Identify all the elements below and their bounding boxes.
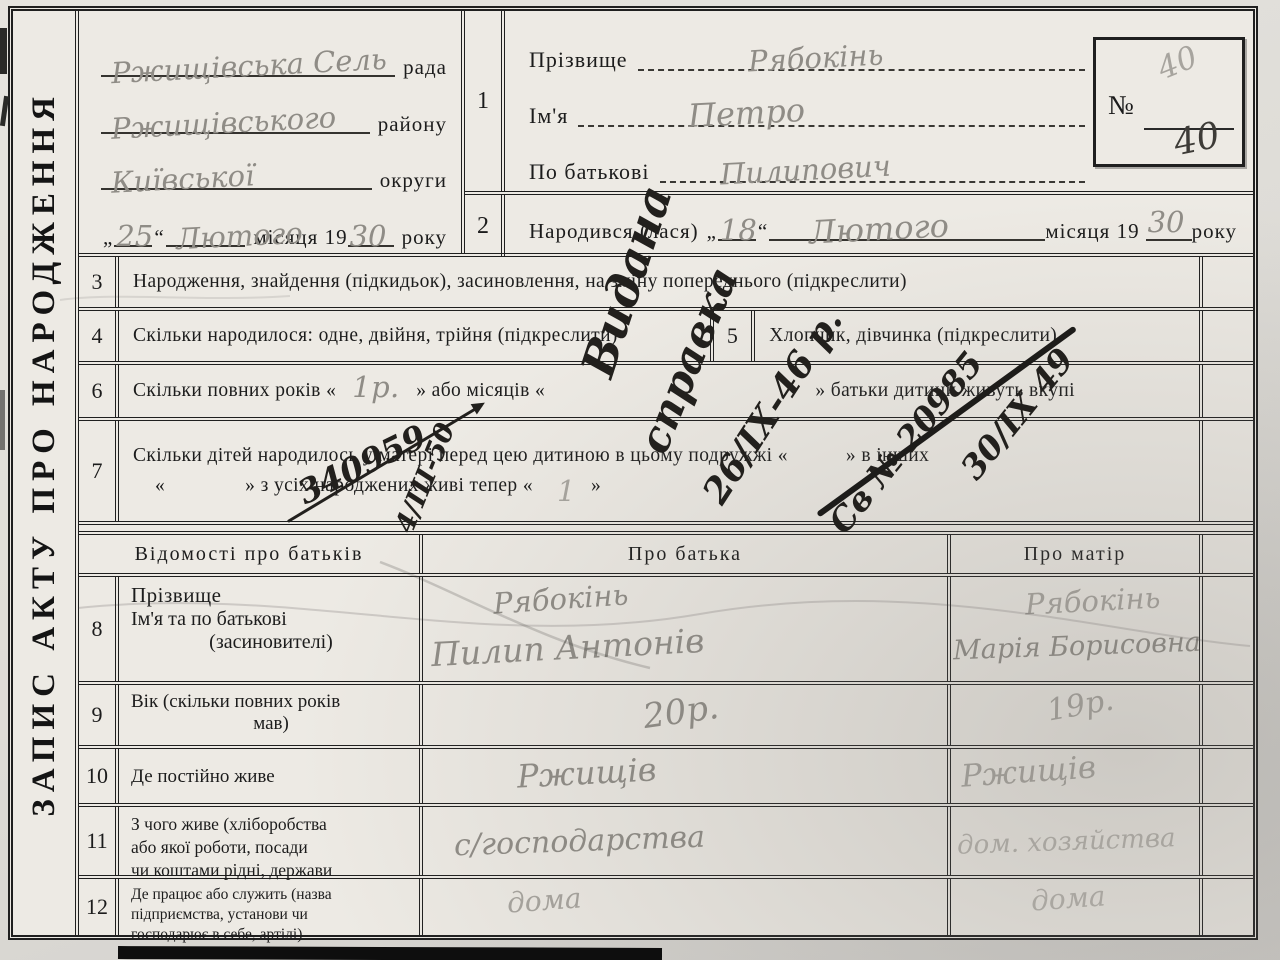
row-8-label-line3: (засиновителі) bbox=[131, 631, 411, 654]
row-12-number: 12 bbox=[79, 879, 119, 935]
month-label: місяця 19 bbox=[1045, 219, 1145, 244]
row-1-number: 1 bbox=[465, 11, 505, 191]
row-7-children-count: 7 Скільки дітей народилось у матері пере… bbox=[79, 421, 1253, 525]
mother-surname-value: Рябокінь bbox=[1024, 583, 1161, 619]
row-11-label-line3: чи коштами рідні, держави bbox=[131, 859, 411, 882]
row-11-label-line2: або якої роботи, посади bbox=[131, 836, 411, 859]
right-margin-cell bbox=[1199, 879, 1253, 935]
reg-month-line: Лютого bbox=[166, 245, 246, 247]
district-label: району bbox=[370, 112, 447, 137]
row-6-together-label: » батьки дитини живуть вкупі bbox=[815, 380, 1185, 402]
row-7-line-2: « » з усіх народжених живі тепер « 1 » bbox=[133, 475, 1185, 497]
row-8-mother-cell: Рябокінь Марія Борисовна bbox=[951, 577, 1199, 681]
birth-day-line: 18 bbox=[718, 239, 756, 241]
mother-livelihood-value: дом. хозяйства bbox=[957, 825, 1176, 859]
year-label: року bbox=[1192, 219, 1243, 244]
number-sign-label: № bbox=[1108, 90, 1134, 121]
row-8-label-line1: Прізвище bbox=[131, 583, 411, 608]
birth-month-line: Лютого bbox=[769, 239, 1045, 241]
father-residence-value: Ржищів bbox=[517, 753, 658, 792]
row-4-how-many-born: 4 Скільки народилося: одне, двійня, трій… bbox=[79, 311, 1253, 365]
name-field: Ім'я Петро bbox=[529, 77, 1085, 127]
birth-record-form: ЗАПИС АКТУ ПРО НАРОДЖЕННЯ Ржищівська Сел… bbox=[8, 6, 1258, 940]
row-3-birth-type: 3 Народження, знайдення (підкидьок), зас… bbox=[79, 257, 1253, 311]
surname-write-line: Рябокінь bbox=[638, 69, 1085, 71]
row-6-body: Скільки повних років « 1р. » або місяців… bbox=[119, 365, 1199, 417]
row-10-label-line1: Де постійно живе bbox=[131, 766, 275, 788]
okruha-label: округи bbox=[372, 168, 447, 193]
name-value: Петро bbox=[688, 94, 806, 132]
right-margin-cell bbox=[1199, 311, 1253, 361]
right-margin-cell bbox=[1199, 807, 1253, 875]
row-10-number: 10 bbox=[79, 749, 119, 803]
row-2-number: 2 bbox=[465, 195, 505, 257]
document-number-box: № 40 40 bbox=[1093, 37, 1245, 167]
patronymic-label: По батькові bbox=[529, 159, 650, 185]
name-write-line: Петро bbox=[578, 125, 1085, 127]
row-11-label: З чого живе (хліборобства або якої робот… bbox=[119, 807, 423, 875]
scan-edge-strip bbox=[118, 946, 662, 960]
birth-year-value: 30 bbox=[1148, 208, 1185, 237]
year-label: року bbox=[394, 225, 447, 250]
patronymic-write-line: Пилипович bbox=[660, 181, 1086, 183]
row-4-number: 4 bbox=[79, 311, 119, 361]
age-years-value: 1р. bbox=[352, 373, 399, 402]
mother-name-value: Марія Борисовна bbox=[953, 629, 1202, 665]
header-parents-info: Відомості про батьків bbox=[79, 535, 423, 573]
row-5-text: Хлопчик, дівчинка (підкреслити) bbox=[755, 325, 1057, 347]
right-margin-cell bbox=[1199, 365, 1253, 417]
row-8-label: Прізвище Ім'я та по батькові (засиновите… bbox=[119, 577, 423, 681]
scan-edge-mark bbox=[0, 28, 7, 74]
father-workplace-value: дома bbox=[506, 884, 582, 917]
okruha-line: Київської округи bbox=[101, 138, 447, 190]
father-surname-value: Рябокінь bbox=[492, 580, 629, 618]
open-quote: „ bbox=[705, 219, 718, 244]
scan-edge-mark bbox=[0, 390, 5, 450]
row-8-number: 8 bbox=[79, 577, 119, 681]
mother-age-value: 19р. bbox=[1045, 685, 1116, 726]
side-title-strip: ЗАПИС АКТУ ПРО НАРОДЖЕННЯ bbox=[13, 11, 79, 935]
right-margin-cell bbox=[1199, 577, 1253, 681]
row-8-parent-names: 8 Прізвище Ім'я та по батькові (засинови… bbox=[79, 577, 1253, 685]
row-9-father-cell: 20р. bbox=[423, 685, 951, 745]
right-margin-cell bbox=[1199, 749, 1253, 803]
row-9-label: Вік (скільки повних років мав) bbox=[119, 685, 423, 745]
reg-day-value: 25 bbox=[116, 222, 153, 251]
doc-number-pencil: 40 bbox=[1154, 42, 1202, 86]
row-10-residence: 10 Де постійно живе Ржищів Ржищів bbox=[79, 749, 1253, 807]
row-7-line1-end: » в інших bbox=[846, 445, 929, 467]
row-11-father-cell: с/господарства bbox=[423, 807, 951, 875]
father-name-value: Пилип Антонів bbox=[430, 624, 705, 671]
row-6-months-label: » або місяців « bbox=[416, 380, 545, 402]
header-about-father: Про батька bbox=[423, 535, 951, 573]
row-4-text: Скільки народилося: одне, двійня, трійня… bbox=[133, 325, 618, 347]
row-7-line1-text: Скільки дітей народилось у матері перед … bbox=[133, 445, 788, 467]
row-11-label-line1: З чого живе (хліборобства bbox=[131, 813, 411, 836]
form-main-area: Ржищівська Сель рада Ржищівського району… bbox=[79, 11, 1253, 935]
surname-value: Рябокінь bbox=[747, 40, 884, 76]
row-9-parent-age: 9 Вік (скільки повних років мав) 20р. 19… bbox=[79, 685, 1253, 749]
alive-now-value: 1 bbox=[557, 477, 576, 506]
open-quote: „ bbox=[101, 225, 114, 250]
mother-workplace-value: дома bbox=[1030, 882, 1106, 915]
row-6-number: 6 bbox=[79, 365, 119, 417]
council-write-line: Ржищівська Сель bbox=[101, 75, 395, 77]
row-9-label-line1: Вік (скільки повних років bbox=[131, 691, 411, 713]
row-12-mother-cell: дома bbox=[951, 879, 1199, 935]
okruha-handwritten-value: Київської bbox=[110, 162, 255, 198]
header-about-mother: Про матір bbox=[951, 535, 1199, 573]
row-9-number: 9 bbox=[79, 685, 119, 745]
close-quote: “ bbox=[756, 219, 769, 244]
right-margin-cell bbox=[1199, 421, 1253, 521]
row-12-label: Де працює або служить (назва підприємств… bbox=[119, 879, 423, 935]
row-6-years-label: Скільки повних років « bbox=[133, 380, 336, 402]
row-7-body: Скільки дітей народилось у матері перед … bbox=[119, 421, 1199, 521]
scan-background: ЗАПИС АКТУ ПРО НАРОДЖЕННЯ Ржищівська Сел… bbox=[0, 0, 1280, 960]
council-label: рада bbox=[395, 55, 447, 80]
row-12-workplace: 12 Де працює або служить (назва підприєм… bbox=[79, 879, 1253, 935]
birth-month-value: Лютого bbox=[809, 209, 950, 248]
mother-residence-value: Ржищів bbox=[960, 752, 1097, 792]
right-margin-cell bbox=[1199, 535, 1253, 573]
row-12-label-line1: Де працює або служить (назва bbox=[131, 885, 411, 905]
row-12-father-cell: дома bbox=[423, 879, 951, 935]
open-quote: « bbox=[155, 475, 165, 497]
row-11-number: 11 bbox=[79, 807, 119, 875]
row-10-father-cell: Ржищів bbox=[423, 749, 951, 803]
row-9-mother-cell: 19р. bbox=[951, 685, 1199, 745]
right-margin-cell bbox=[1199, 257, 1253, 307]
row-6-age: 6 Скільки повних років « 1р. » або місяц… bbox=[79, 365, 1253, 421]
okruha-write-line: Київської bbox=[101, 188, 372, 190]
row-7-number: 7 bbox=[79, 421, 119, 521]
birth-date-line: Народився (лася) „ 18 “ Лютого місяця 19… bbox=[505, 195, 1253, 257]
surname-label: Прізвище bbox=[529, 47, 628, 73]
row-12-label-line3: господарює в себе, артілі) bbox=[131, 925, 411, 945]
admin-box: Ржищівська Сель рада Ржищівського району… bbox=[79, 11, 465, 253]
birth-day-value: 18 bbox=[720, 216, 757, 245]
district-write-line: Ржищівського bbox=[101, 132, 370, 134]
born-label: Народився (лася) bbox=[529, 219, 705, 244]
close-quote: » bbox=[591, 475, 601, 497]
close-quote: “ bbox=[152, 225, 165, 250]
surname-field: Прізвище Рябокінь bbox=[529, 21, 1085, 71]
father-livelihood-value: с/господарства bbox=[454, 823, 706, 862]
row-7-line2-mid: » з усіх народжених живі тепер « bbox=[245, 475, 533, 497]
reg-day-line: 25 bbox=[114, 245, 152, 247]
row-3-text: Народження, знайдення (підкидьок), засин… bbox=[119, 257, 1199, 307]
father-age-value: 20р. bbox=[641, 690, 721, 734]
row-2-birth-date: 2 Народився (лася) „ 18 “ Лютого місяця … bbox=[465, 195, 1253, 257]
row-9-label-line2: мав) bbox=[131, 713, 411, 735]
row-3-number: 3 bbox=[79, 257, 119, 307]
row-1-child-name: 1 Прізвище Рябокінь Ім'я Петро По батько… bbox=[465, 11, 1253, 195]
top-section: Ржищівська Сель рада Ржищівського району… bbox=[79, 11, 1253, 257]
row-11-livelihood: 11 З чого живе (хліборобства або якої ро… bbox=[79, 807, 1253, 879]
patronymic-field: По батькові Пилипович bbox=[529, 133, 1085, 183]
row-10-label: Де постійно живе bbox=[119, 749, 423, 803]
parents-table-header: Відомості про батьків Про батька Про мат… bbox=[79, 531, 1253, 577]
registration-date-line: „ 25 “ Лютого місяця 19 30 року bbox=[101, 195, 447, 247]
reg-year-value: 30 bbox=[350, 222, 387, 251]
council-line: Ржищівська Сель рада bbox=[101, 25, 447, 77]
name-label: Ім'я bbox=[529, 103, 568, 129]
reg-year-line: 30 bbox=[348, 245, 394, 247]
doc-number-ink: 40 bbox=[1171, 118, 1223, 163]
row-7-line-1: Скільки дітей народилось у матері перед … bbox=[133, 445, 1185, 467]
reg-month-value: Лютого bbox=[175, 219, 303, 255]
row-4-body: Скільки народилося: одне, двійня, трійня… bbox=[119, 311, 1199, 361]
row-5-number: 5 bbox=[710, 311, 755, 361]
patronymic-value: Пилипович bbox=[719, 152, 891, 190]
birth-year-line: 30 bbox=[1146, 239, 1192, 241]
row-12-label-line2: підприємства, установи чи bbox=[131, 905, 411, 925]
form-title-vertical: ЗАПИС АКТУ ПРО НАРОДЖЕННЯ bbox=[26, 90, 63, 817]
row-8-father-cell: Рябокінь Пилип Антонів bbox=[423, 577, 951, 681]
row-11-mother-cell: дом. хозяйства bbox=[951, 807, 1199, 875]
district-line: Ржищівського району bbox=[101, 82, 447, 134]
right-margin-cell bbox=[1199, 685, 1253, 745]
row-8-label-line2: Ім'я та по батькові bbox=[131, 608, 411, 631]
row-10-mother-cell: Ржищів bbox=[951, 749, 1199, 803]
